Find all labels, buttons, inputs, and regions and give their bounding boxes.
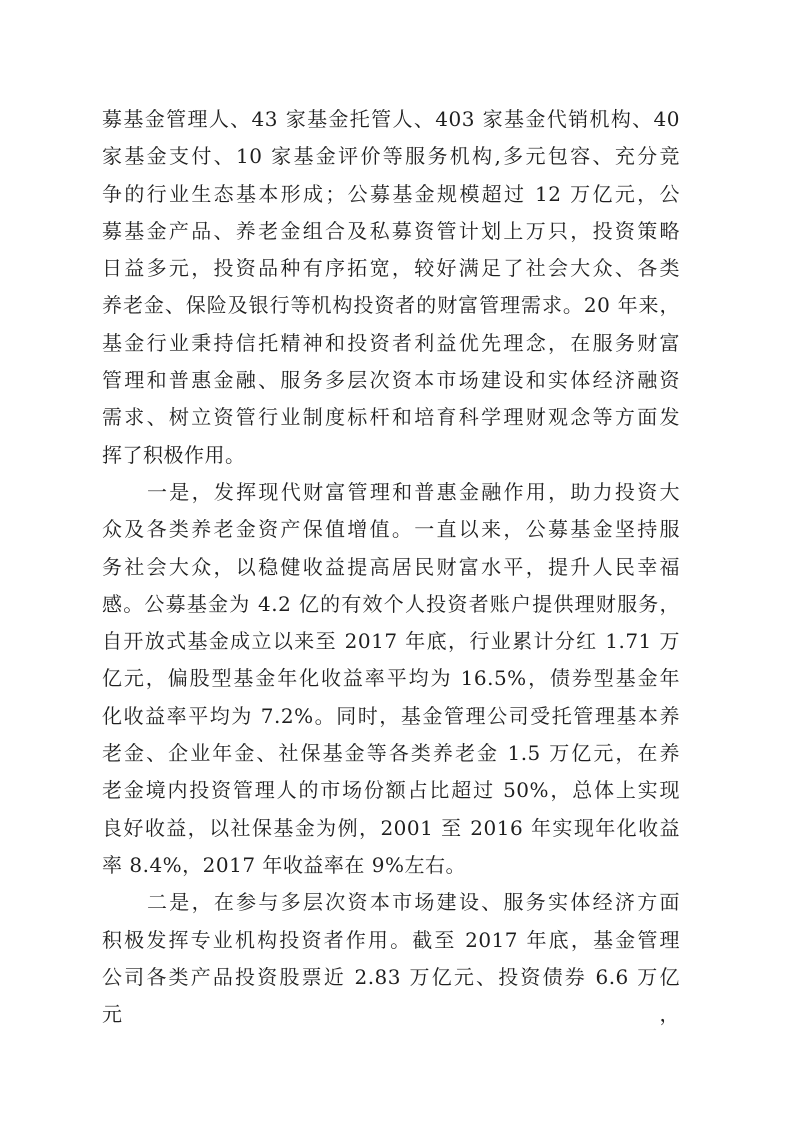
text-line: 化收益率平均为 7.2%。同时，基金管理公司受托管理基本养: [102, 698, 680, 735]
text-line: 家基金支付、10 家基金评价等服务机构,多元包容、充分竞: [102, 138, 680, 175]
text-line: 感。公募基金为 4.2 亿的有效个人投资者账户提供理财服务，: [102, 586, 680, 623]
text-line: 挥了积极作用。: [102, 437, 680, 474]
text-line: 务社会大众，以稳健收益提高居民财富水平，提升人民幸福: [102, 549, 680, 586]
text-line: 积极发挥专业机构投资者作用。截至 2017 年底，基金管理: [102, 922, 680, 959]
text-line: 一是，发挥现代财富管理和普惠金融作用，助力投资大: [102, 474, 680, 511]
text-block: 募基金管理人、43 家基金托管人、403 家基金代销机构、40家基金支付、10 …: [102, 101, 680, 996]
text-line: 众及各类养老金资产保值增值。一直以来，公募基金坚持服: [102, 511, 680, 548]
document-page: 募基金管理人、43 家基金托管人、403 家基金代销机构、40家基金支付、10 …: [0, 0, 793, 1122]
text-line: 养老金、保险及银行等机构投资者的财富管理需求。20 年来，: [102, 287, 680, 324]
text-line: 良好收益，以社保基金为例，2001 至 2016 年实现年化收益: [102, 810, 680, 847]
text-line: 基金行业秉持信托精神和投资者利益优先理念，在服务财富: [102, 325, 680, 362]
text-line: 日益多元，投资品种有序拓宽，较好满足了社会大众、各类: [102, 250, 680, 287]
text-line: 老金境内投资管理人的市场份额占比超过 50%，总体上实现: [102, 772, 680, 809]
text-line: 募基金产品、养老金组合及私募资管计划上万只，投资策略: [102, 213, 680, 250]
text-line: 募基金管理人、43 家基金托管人、403 家基金代销机构、40: [102, 101, 680, 138]
text-line: 管理和普惠金融、服务多层次资本市场建设和实体经济融资: [102, 362, 680, 399]
text-line: 争的行业生态基本形成；公募基金规模超过 12 万亿元，公: [102, 176, 680, 213]
text-line: 二是，在参与多层次资本市场建设、服务实体经济方面: [102, 884, 680, 921]
text-line: 自开放式基金成立以来至 2017 年底，行业累计分红 1.71 万: [102, 623, 680, 660]
text-line: 公司各类产品投资股票近 2.83 万亿元、投资债券 6.6 万亿元，: [102, 959, 680, 996]
text-line: 老金、企业年金、社保基金等各类养老金 1.5 万亿元，在养: [102, 735, 680, 772]
text-line: 需求、树立资管行业制度标杆和培育科学理财观念等方面发: [102, 399, 680, 436]
text-line: 亿元，偏股型基金年化收益率平均为 16.5%，债券型基金年: [102, 660, 680, 697]
text-line: 率 8.4%，2017 年收益率在 9%左右。: [102, 847, 680, 884]
